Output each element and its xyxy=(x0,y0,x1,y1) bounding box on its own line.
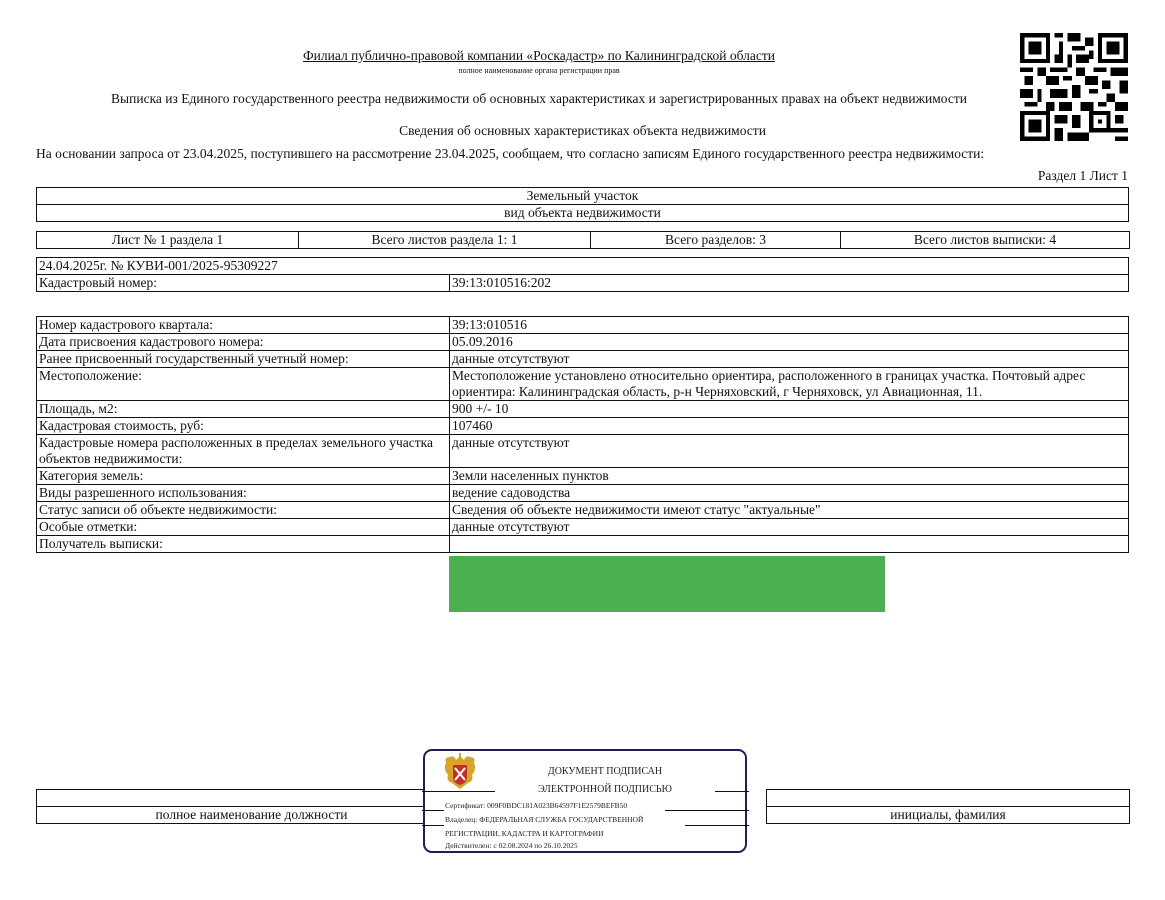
stamp-title-line-1: ДОКУМЕНТ ПОДПИСАН xyxy=(475,766,735,777)
property-row: Ранее присвоенный государственный учетны… xyxy=(37,351,1129,368)
property-label: Виды разрешенного использования: xyxy=(37,485,450,502)
property-row: Категория земель:Земли населенных пункто… xyxy=(37,468,1129,485)
request-statement: На основании запроса от 23.04.2025, пост… xyxy=(36,146,984,162)
property-label: Кадастровые номера расположенных в преде… xyxy=(37,435,450,468)
property-row: Местоположение:Местоположение установлен… xyxy=(37,368,1129,401)
stamp-validity: Действителен: с 02.08.2024 по 26.10.2025 xyxy=(445,841,578,850)
name-caption: инициалы, фамилия xyxy=(767,807,1130,824)
property-label: Ранее присвоенный государственный учетны… xyxy=(37,351,450,368)
property-label: Получатель выписки: xyxy=(37,536,450,553)
stamp-title-line-2: ЭЛЕКТРОННОЙ ПОДПИСЬЮ xyxy=(475,784,735,795)
property-value: ведение садоводства xyxy=(450,485,1129,502)
cadastral-number-label: Кадастровый номер: xyxy=(37,275,450,292)
object-type-table: Земельный участок вид объекта недвижимос… xyxy=(36,187,1129,222)
organization-name: Филиал публично-правовой компании «Роска… xyxy=(0,48,1078,64)
property-row: Кадастровая стоимость, руб:107460 xyxy=(37,418,1129,435)
stamp-rule xyxy=(665,810,749,811)
property-value xyxy=(450,536,1129,553)
stamp-rule xyxy=(685,825,749,826)
cadastral-number-value: 39:13:010516:202 xyxy=(450,275,1129,292)
qr-code-icon xyxy=(1020,33,1128,141)
property-row: Виды разрешенного использования:ведение … xyxy=(37,485,1129,502)
property-value: 107460 xyxy=(450,418,1129,435)
property-row: Статус записи об объекте недвижимости:Св… xyxy=(37,502,1129,519)
property-label: Местоположение: xyxy=(37,368,450,401)
property-row: Номер кадастрового квартала:39:13:010516 xyxy=(37,317,1129,334)
info-title: Сведения об основных характеристиках объ… xyxy=(0,123,1165,139)
organization-caption: полное наименование органа регистрации п… xyxy=(0,66,1078,75)
property-row: Особые отметки:данные отсутствуют xyxy=(37,519,1129,536)
property-value: Земли населенных пунктов xyxy=(450,468,1129,485)
sheet-number: Лист № 1 раздела 1 xyxy=(37,232,299,249)
property-value: данные отсутствуют xyxy=(450,351,1129,368)
property-label: Статус записи об объекте недвижимости: xyxy=(37,502,450,519)
extract-title: Выписка из Единого государственного реес… xyxy=(0,91,1078,107)
stamp-owner-line-1: Владелец: ФЕДЕРАЛЬНАЯ СЛУЖБА ГОСУДАРСТВЕ… xyxy=(445,815,643,824)
stamp-rule xyxy=(422,810,444,811)
property-row: Кадастровые номера расположенных в преде… xyxy=(37,435,1129,468)
extract-date-number: 24.04.2025г. № КУВИ-001/2025-95309227 xyxy=(37,258,1129,275)
object-type-caption: вид объекта недвижимости xyxy=(37,205,1129,222)
stamp-rule xyxy=(715,791,749,792)
coat-of-arms-icon xyxy=(442,753,478,793)
name-field xyxy=(767,790,1130,807)
property-label: Номер кадастрового квартала: xyxy=(37,317,450,334)
redaction-block xyxy=(449,556,885,612)
property-label: Кадастровая стоимость, руб: xyxy=(37,418,450,435)
position-caption: полное наименование должности xyxy=(37,807,467,824)
property-label: Дата присвоения кадастрового номера: xyxy=(37,334,450,351)
property-value: данные отсутствуют xyxy=(450,435,1129,468)
stamp-rule xyxy=(422,825,444,826)
property-row: Дата присвоения кадастрового номера:05.0… xyxy=(37,334,1129,351)
property-value: 05.09.2016 xyxy=(450,334,1129,351)
property-value: 39:13:010516 xyxy=(450,317,1129,334)
sheets-info-table: Лист № 1 раздела 1 Всего листов раздела … xyxy=(36,231,1130,249)
property-label: Особые отметки: xyxy=(37,519,450,536)
electronic-signature-stamp: ДОКУМЕНТ ПОДПИСАН ЭЛЕКТРОННОЙ ПОДПИСЬЮ С… xyxy=(423,749,747,853)
property-value: Сведения об объекте недвижимости имеют с… xyxy=(450,502,1129,519)
extract-number-table: 24.04.2025г. № КУВИ-001/2025-95309227 Ка… xyxy=(36,257,1129,292)
property-row: Площадь, м2:900 +/- 10 xyxy=(37,401,1129,418)
property-value: данные отсутствуют xyxy=(450,519,1129,536)
property-label: Категория земель: xyxy=(37,468,450,485)
stamp-owner-line-2: РЕГИСТРАЦИИ, КАДАСТРА И КАРТОГРАФИИ xyxy=(445,829,604,838)
property-value: 900 +/- 10 xyxy=(450,401,1129,418)
position-field xyxy=(37,790,467,807)
stamp-certificate: Сертификат: 009F0BDC181A023B64597F1E2579… xyxy=(445,801,627,810)
stamp-rule xyxy=(422,791,495,792)
property-row: Получатель выписки: xyxy=(37,536,1129,553)
object-type-value: Земельный участок xyxy=(37,188,1129,205)
property-label: Площадь, м2: xyxy=(37,401,450,418)
sections-total: Всего разделов: 3 xyxy=(591,232,841,249)
extract-sheets-total: Всего листов выписки: 4 xyxy=(841,232,1130,249)
section-sheets-total: Всего листов раздела 1: 1 xyxy=(299,232,591,249)
section-sheet-label: Раздел 1 Лист 1 xyxy=(1038,168,1128,184)
property-value: Местоположение установлено относительно … xyxy=(450,368,1129,401)
properties-table: Номер кадастрового квартала:39:13:010516… xyxy=(36,316,1129,553)
